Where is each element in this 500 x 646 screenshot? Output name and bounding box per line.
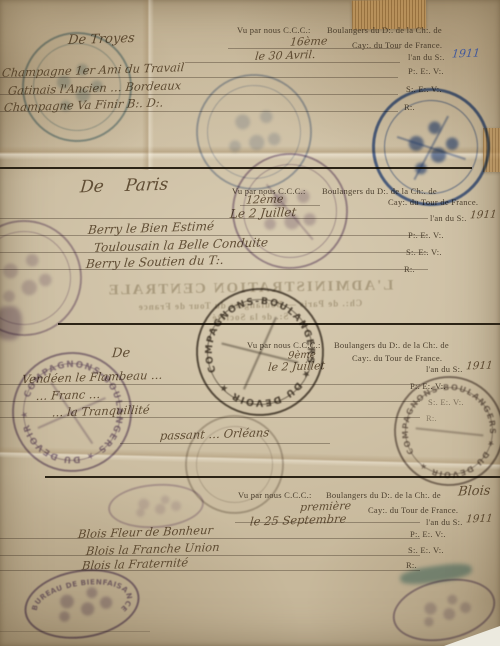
svg-text:COMPAGNONS-BOULANGERS ★ DU DEV: COMPAGNONS-BOULANGERS ★ DU DEVOIR ★ bbox=[6, 346, 137, 477]
stamp-ring-text: COMPAGNONS-BOULANGERS ★ DU DEVOIR ★ bbox=[6, 346, 137, 477]
printed-sev: S:. E:. V:. bbox=[408, 545, 444, 555]
fill-line bbox=[0, 218, 428, 219]
svg-text:BUREAU DE BIENFAISANCE: BUREAU DE BIENFAISANCE bbox=[26, 571, 136, 629]
handwritten-place: De bbox=[111, 346, 130, 362]
printed-lan-du-s: l'an du S:. bbox=[426, 517, 463, 527]
fill-line bbox=[0, 570, 420, 571]
ink-stamp-bienfaisance: BUREAU DE BIENFAISANCE bbox=[19, 561, 144, 646]
printed-lan-du-s: l'an du S:. bbox=[430, 213, 467, 223]
handwritten-place: De Paris bbox=[79, 175, 169, 198]
fill-line bbox=[0, 555, 420, 556]
printed-vu-par-nous: Vu par nous C.C.C.: bbox=[237, 25, 311, 35]
printed-lan-du-s: l'an du S:. bbox=[408, 52, 445, 62]
handwritten-year: 1911 bbox=[465, 513, 493, 526]
printed-boulangers: Boulangers du D:. de la Ch:. de bbox=[334, 340, 449, 350]
printed-boulangers: Boulangers du D:. de la Ch:. de bbox=[327, 25, 442, 35]
scanned-document: De Troyes Vu par nous C.C.C.: Boulangers… bbox=[0, 0, 500, 646]
handwritten-year: 1911 bbox=[469, 209, 497, 222]
stamp-texture bbox=[398, 581, 491, 640]
fill-line bbox=[0, 538, 420, 539]
stamp-ring-text: BUREAU DE BIENFAISANCE bbox=[26, 571, 136, 629]
handwritten-ordinal: 16ème bbox=[289, 34, 328, 48]
fill-line bbox=[228, 48, 400, 49]
printed-cayenne: Cay:. du Tour de France. bbox=[368, 505, 458, 515]
handwritten-place: Blois bbox=[457, 483, 491, 499]
stamp-ring-svg: BUREAU DE BIENFAISANCE bbox=[22, 564, 143, 644]
stamp-inner-ring bbox=[190, 420, 279, 509]
printed-pev: P:. E:. V:. bbox=[408, 66, 444, 76]
stamp-texture bbox=[30, 40, 125, 135]
handwritten-date: le 25 Septembre bbox=[249, 511, 347, 528]
fill-line bbox=[235, 522, 420, 523]
fill-line bbox=[185, 62, 400, 63]
handwritten-year: 1911 bbox=[451, 47, 480, 61]
stamp-ring-svg: COMPAGNONS BOULANGERS ★ DU DEVOIR ★ bbox=[376, 358, 500, 504]
printed-cayenne: Cay:. du Tour de France. bbox=[352, 353, 442, 363]
stamp-texture bbox=[115, 489, 197, 523]
violet-ink-smudge bbox=[0, 306, 22, 340]
handwritten-date: le 30 Avril. bbox=[254, 48, 316, 63]
